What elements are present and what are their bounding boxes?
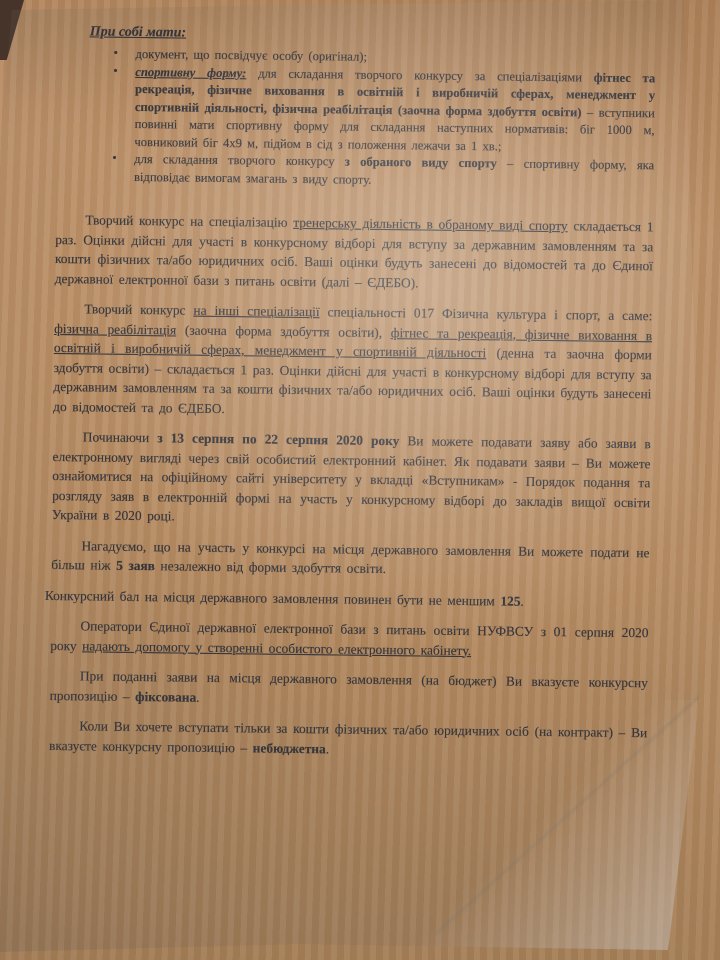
text-run: тренерську діяльність в обраному виді сп… <box>293 215 568 233</box>
text-run: 125 <box>500 593 520 608</box>
paragraph: При поданні заяви на місця державного за… <box>50 666 648 712</box>
text-run: Творчий конкурс на спеціалізацію <box>85 212 293 230</box>
text-run: спеціальності 017 Фізична культура і спо… <box>320 304 653 323</box>
bullet-marker: • <box>113 45 118 63</box>
text-run: фіксована <box>135 688 196 704</box>
text-run: Коли Ви хочете вступати тільки за кошти … <box>49 718 647 755</box>
text-run: для складання творчого конкурсу за спеці… <box>246 66 594 84</box>
bullet-marker: • <box>113 62 118 80</box>
paragraph: Творчий конкурс на спеціалізацію тренерс… <box>55 210 654 295</box>
bullet-item: •для складання творчого конкурсу з обран… <box>56 150 654 192</box>
text-run: небюджетна <box>253 740 326 756</box>
paragraph: Коли Ви хочете вступати тільки за кошти … <box>49 716 647 762</box>
text-run: для складання творчого конкурсу <box>134 152 345 169</box>
text-run: Починаючи <box>83 429 158 445</box>
text-run: Творчий конкурс <box>84 301 193 317</box>
photo-background: При собі мати:•документ, що посвідчує ос… <box>0 0 720 960</box>
text-run: з 13 серпня по 22 серпня 2020 року <box>157 430 399 448</box>
text-run: надають допомогу у створенні особистого … <box>82 638 471 658</box>
text-run: на інші спеціалізації <box>193 303 319 320</box>
text-run: . <box>196 689 200 704</box>
text-run: спортивну форму: <box>135 64 246 79</box>
text-run: (заочна форма здобуття освіти) <box>392 103 581 119</box>
paragraph: Творчий конкурс на інші спеціалізації сп… <box>53 299 652 423</box>
paragraph: Конкурсний бал на місця державного замов… <box>45 585 649 612</box>
paragraph: Нагадуємо, що на участь у конкурсі на мі… <box>51 535 649 581</box>
document-page: При собі мати:•документ, що посвідчує ос… <box>0 0 720 960</box>
text-run: з обраного виду спорту <box>345 155 497 171</box>
bullet-item: •спортивну форму: для складання творчого… <box>56 62 655 157</box>
text-run: При собі мати: <box>90 24 187 40</box>
bullet-marker: • <box>112 150 117 168</box>
text-run: . <box>326 741 330 756</box>
text-run: (заочна форма здобуття освіти), <box>176 322 391 340</box>
text-run: незалежно від форми здобуття освіти. <box>155 558 386 576</box>
doc-heading: При собі мати: <box>90 22 656 49</box>
text-run: документ, що посвідчує особу (оригінал); <box>135 47 367 64</box>
text-run: Конкурсний бал на місця державного замов… <box>45 587 501 608</box>
text-run: 5 заяв <box>116 558 155 573</box>
paragraph: Починаючи з 13 серпня по 22 серпня 2020 … <box>52 427 651 532</box>
paragraph: Оператори Єдиної державної електронної б… <box>50 616 648 662</box>
text-run: . <box>520 593 524 608</box>
doc-content: При собі мати:•документ, що посвідчує ос… <box>49 14 656 762</box>
text-run: фізична реабілітація <box>54 320 176 336</box>
